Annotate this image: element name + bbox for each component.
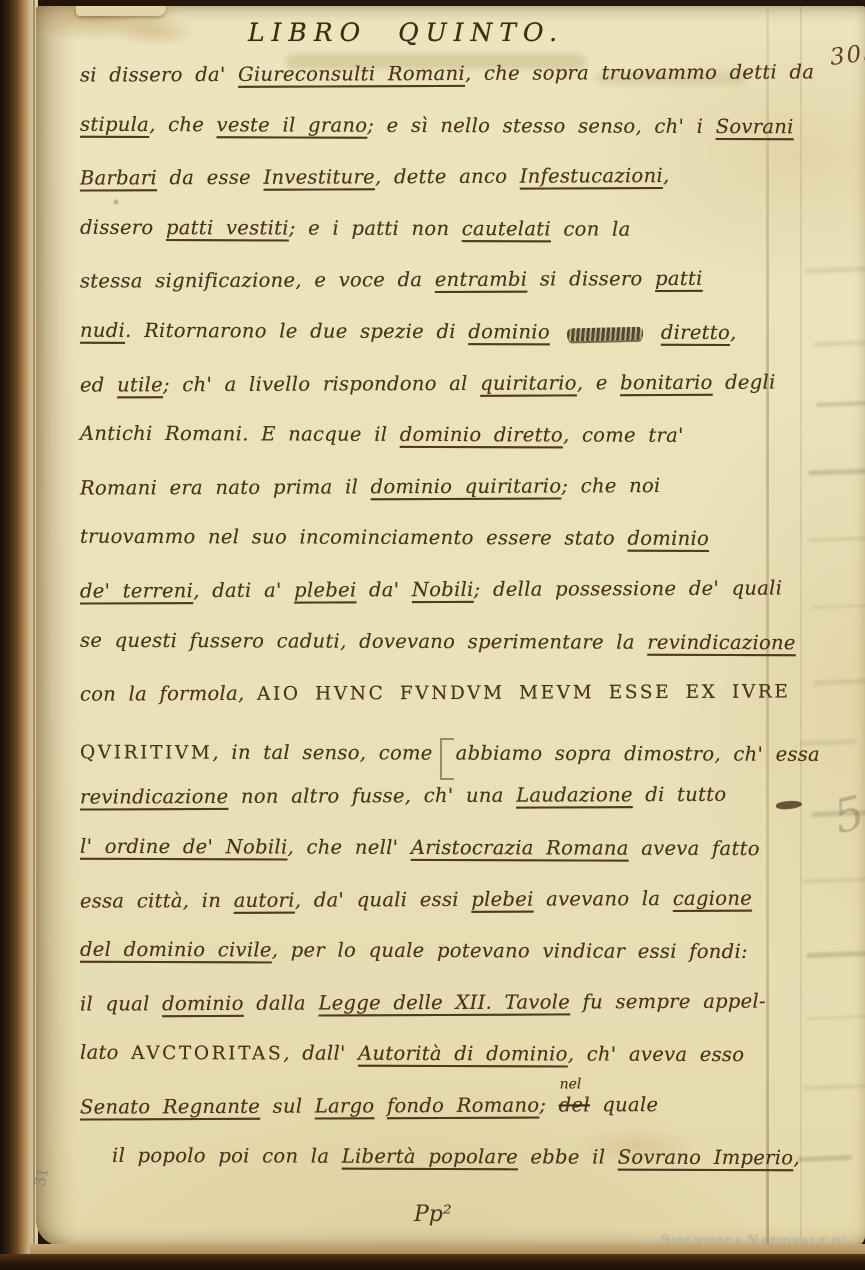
- text-segment: Legge delle XII. Tavole: [318, 990, 570, 1014]
- text-segment: si dissero da': [80, 63, 238, 87]
- text-segment: ebbe il: [518, 1146, 618, 1169]
- text-segment: essa città, in: [80, 888, 234, 912]
- text-segment: degli: [713, 370, 776, 393]
- text-segment: dominio: [162, 992, 244, 1015]
- text-segment: , che: [149, 113, 217, 136]
- text-segment: Infestucazioni: [520, 164, 663, 188]
- text-segment: fondo Romano: [387, 1093, 539, 1117]
- manuscript-line: ed utile; ch' a livello rispondono al qu…: [80, 370, 796, 425]
- text-segment: da esse: [157, 166, 264, 189]
- text-segment: Laudazione: [516, 783, 633, 807]
- text-segment: revindicazione: [80, 785, 229, 809]
- text-segment: ,: [793, 1147, 800, 1170]
- text-segment: cautelati: [462, 217, 551, 240]
- text-segment: bonitario: [620, 370, 713, 393]
- text-segment: de' terreni: [80, 579, 193, 602]
- text-segment: Autorità di dominio: [358, 1042, 568, 1066]
- text-segment: entrambi: [435, 268, 528, 291]
- text-segment: ; e i patti non: [289, 216, 462, 240]
- text-segment: con la: [551, 217, 631, 240]
- text-segment: se questi fussero caduti, dovevano speri…: [80, 628, 647, 653]
- text-segment: il qual: [80, 992, 162, 1015]
- manuscript-line: stessa significazione, e voce da entramb…: [80, 267, 796, 322]
- text-segment: Giureconsulti Romani: [238, 62, 465, 86]
- text-segment: Barbari: [80, 166, 157, 189]
- text-segment: Aristocrazia Romana: [411, 836, 629, 860]
- text-segment: quale: [590, 1093, 659, 1116]
- pencil-foliation-right: 50: [828, 778, 865, 845]
- show-through-line: [808, 467, 865, 475]
- text-segment: ; ch' a livello rispondono al: [163, 371, 480, 395]
- ink-blot: [776, 800, 803, 811]
- text-segment: il popolo poi con la: [112, 1144, 342, 1168]
- text-segment: aveva fatto: [629, 837, 760, 860]
- manuscript-photo: LIBRO QUINTO. 305 si dissero da' Giureco…: [0, 0, 865, 1270]
- manuscript-line: Barbari da esse Investiture, dette anco …: [80, 164, 796, 219]
- manuscript-text-block: si dissero da' Giureconsulti Romani, che…: [80, 62, 796, 1197]
- text-segment: Investiture: [263, 165, 375, 188]
- text-segment: , come tra': [563, 424, 684, 447]
- text-segment: non altro fusse, ch' una: [228, 784, 516, 808]
- pencil-mark-left: 31: [31, 1166, 53, 1188]
- show-through-line: [806, 1015, 865, 1020]
- manuscript-line: Senato Regnante sul Largo fondo Romano; …: [80, 1092, 796, 1147]
- text-segment: [550, 320, 563, 343]
- show-through-line: [806, 951, 865, 958]
- manuscript-line: il qual dominio dalla Legge delle XII. T…: [80, 989, 796, 1044]
- show-through-line: [811, 604, 865, 609]
- manuscript-line: revindicazione non altro fusse, ch' una …: [80, 783, 796, 838]
- text-segment: , dette anco: [375, 165, 520, 189]
- text-segment: con la formola,: [80, 682, 257, 706]
- text-segment: abbiamo sopra dimostro, ch' essa: [456, 741, 820, 765]
- manuscript-page: LIBRO QUINTO. 305 si dissero da' Giureco…: [36, 6, 865, 1246]
- show-through-line: [805, 265, 865, 273]
- text-segment: , e: [577, 371, 620, 394]
- text-segment: patti: [655, 267, 703, 290]
- text-segment: dominio: [627, 527, 709, 550]
- text-segment: ,: [663, 164, 670, 187]
- text-segment: QVIRITIVM: [80, 742, 212, 763]
- manuscript-line: del dominio civile, per lo quale potevan…: [80, 938, 796, 992]
- text-segment: ; e sì nello stesso senso, ch' i: [367, 113, 716, 137]
- text-segment: Nobili: [412, 578, 474, 601]
- text-segment: [648, 321, 661, 344]
- text-segment: fu sempre appel-: [570, 989, 766, 1013]
- text-segment: delnel: [559, 1093, 590, 1116]
- page-crease-faint: [800, 6, 802, 1246]
- text-segment: , ch' aveva esso: [568, 1043, 745, 1067]
- show-through-line: [807, 535, 865, 541]
- text-segment: nudi: [80, 319, 125, 342]
- text-segment: quiritario: [480, 371, 577, 394]
- text-segment: da': [356, 578, 411, 601]
- text-segment: del dominio civile: [80, 938, 272, 962]
- text-segment: Sovrano Imperio: [618, 1146, 794, 1170]
- text-segment: dominio diretto: [400, 423, 563, 447]
- show-through-line: [816, 401, 865, 407]
- editorial-bracket: [440, 738, 454, 780]
- text-segment: , dati a': [193, 579, 294, 602]
- text-segment: di tutto: [633, 783, 727, 806]
- text-segment: ,: [730, 321, 737, 344]
- text-segment: Antichi Romani. E nacque il: [80, 422, 400, 446]
- text-segment: avevano la: [534, 886, 673, 910]
- manuscript-line: lato AVCTORITAS, dall' Autorità di domin…: [80, 1041, 796, 1095]
- text-segment: , da' quali essi: [295, 887, 472, 911]
- text-segment: patti vestiti: [166, 216, 289, 239]
- text-segment: Romani era nato prima il: [80, 475, 371, 499]
- text-segment: , dall': [283, 1042, 358, 1065]
- binding-gutter-line: [33, 0, 35, 1270]
- text-segment: ed: [80, 373, 117, 396]
- text-segment: Largo: [315, 1094, 375, 1117]
- manuscript-line: l' ordine de' Nobili, che nell' Aristocr…: [80, 835, 796, 889]
- text-segment: lato: [80, 1041, 131, 1064]
- show-through-line: [797, 1155, 852, 1162]
- text-segment: truovammo nel suo incominciamento essere…: [80, 525, 628, 550]
- text-segment: stipula: [80, 112, 149, 135]
- manuscript-line: essa città, in autori, da' quali essi pl…: [80, 886, 796, 941]
- text-segment: veste il grano: [217, 113, 368, 137]
- interlinear-insertion: nel: [560, 1076, 582, 1092]
- text-segment: , che nell': [287, 835, 410, 858]
- manuscript-line: QVIRITIVM, in tal senso, comeabbiamo sop…: [80, 731, 796, 785]
- text-segment: sul: [260, 1094, 315, 1117]
- text-segment: stessa significazione, e voce da: [80, 268, 435, 293]
- text-segment: ; che noi: [561, 474, 660, 497]
- text-segment: l' ordine de' Nobili: [80, 835, 288, 859]
- text-segment: Libertà popolare: [342, 1145, 518, 1169]
- page-title: LIBRO QUINTO.: [96, 18, 716, 47]
- text-segment: dalla: [244, 991, 319, 1014]
- text-segment: utile: [117, 373, 163, 396]
- text-segment: dominio quiritario: [371, 474, 562, 498]
- manuscript-line: il popolo poi con la Libertà popolare eb…: [80, 1144, 796, 1198]
- text-segment: plebei: [471, 887, 533, 910]
- manuscript-line: se questi fussero caduti, dovevano speri…: [80, 628, 796, 682]
- manuscript-line: truovammo nel suo incominciamento essere…: [80, 525, 796, 579]
- manuscript-line: nudi. Ritornarono le due spezie di domin…: [80, 319, 796, 373]
- crossed-out-word: [567, 327, 643, 342]
- underlying-leaf-corner: [76, 6, 166, 16]
- text-segment: , in tal senso, come: [212, 740, 432, 764]
- manuscript-line: Antichi Romani. E nacque il dominio dire…: [80, 422, 796, 476]
- text-segment: [374, 1094, 387, 1117]
- text-segment: ; della possessione de' quali: [474, 576, 783, 600]
- text-segment: revindicazione: [647, 630, 796, 654]
- text-segment: ;: [539, 1093, 558, 1116]
- text-segment: plebei: [294, 578, 356, 601]
- manuscript-line: dissero patti vestiti; e i patti non cau…: [80, 216, 796, 270]
- manuscript-line: de' terreni, dati a' plebei da' Nobili; …: [80, 576, 796, 631]
- text-segment: autori: [234, 888, 295, 911]
- quire-signature: Pp²: [414, 1202, 452, 1227]
- show-through-line: [813, 678, 865, 686]
- text-segment: cagione: [673, 886, 752, 909]
- show-through-line: [803, 1084, 865, 1090]
- manuscript-line: stipula, che veste il grano; e sì nello …: [80, 112, 796, 166]
- manuscript-line: Romani era nato prima il dominio quirita…: [80, 473, 796, 528]
- text-segment: dominio: [468, 320, 550, 343]
- text-segment: . Ritornarono le due spezie di: [125, 319, 468, 343]
- text-segment: Senato Regnante: [80, 1095, 260, 1119]
- text-segment: dissero: [80, 216, 166, 239]
- text-segment: diretto: [661, 321, 730, 344]
- book-bottom-edge: [0, 1254, 865, 1270]
- text-segment: AIO HVNC FVNDVM MEVM ESSE EX IVRE: [257, 682, 791, 705]
- folio-number: 305: [829, 39, 865, 71]
- text-segment: Sovrani: [716, 115, 794, 138]
- text-segment: , che sopra truovammo detti da: [465, 60, 814, 85]
- text-segment: , per lo quale potevano vindicar essi fo…: [272, 939, 748, 964]
- manuscript-line: si dissero da' Giureconsulti Romani, che…: [80, 60, 796, 115]
- text-segment: si dissero: [527, 267, 655, 291]
- show-through-line: [814, 340, 865, 347]
- text-segment: AVCTORITAS: [131, 1043, 283, 1065]
- manuscript-line: con la formola, AIO HVNC FVNDVM MEVM ESS…: [80, 680, 796, 735]
- show-through-line: [803, 877, 865, 884]
